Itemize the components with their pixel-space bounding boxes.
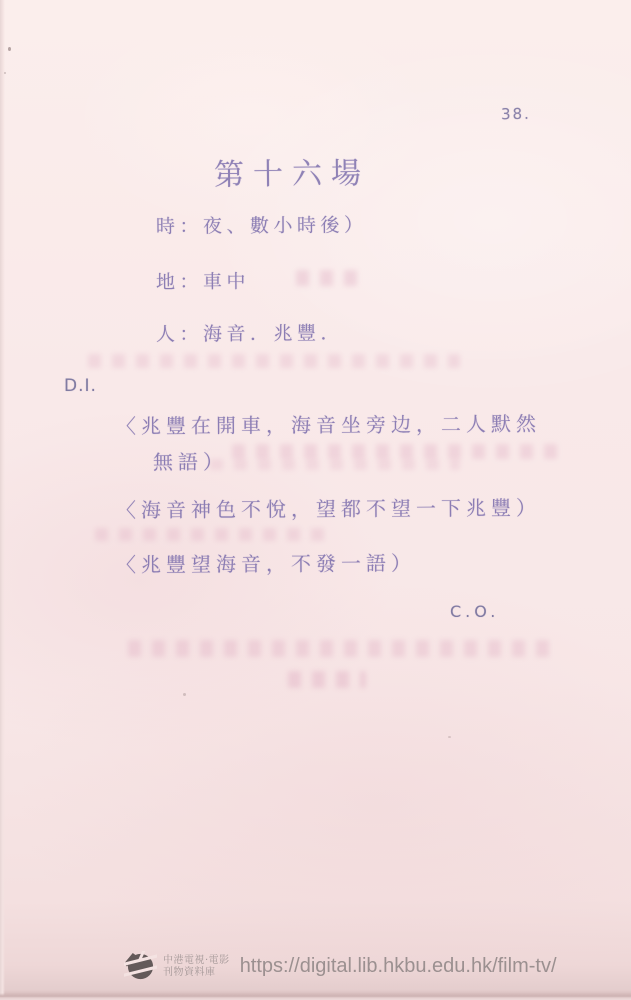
time-line: 時：夜、數小時後）: [156, 210, 368, 238]
dust-speck: [448, 736, 451, 738]
stage-direction-line: 〈海音神色不悅，望都不望一下兆豐）: [116, 492, 541, 524]
watermark-org-line2: 刊物資料庫: [163, 967, 230, 979]
dust-speck: [8, 47, 11, 51]
page-left-edge: [0, 0, 5, 1000]
stage-direction-line: 〈兆豐在開車，海音坐旁边，二人默然: [116, 408, 541, 440]
dust-speck: [183, 693, 186, 696]
watermark-url: https://digital.lib.hkbu.edu.hk/film-tv/: [240, 955, 557, 978]
scene-title: 第十六場: [214, 148, 370, 194]
bleed-through-smudge: [128, 640, 558, 657]
library-watermark: 中港電視·電影 刊物資料庫 https://digital.lib.hkbu.e…: [124, 951, 557, 982]
bleed-through-smudge: [88, 354, 460, 368]
watermark-org-line1: 中港電視·電影: [163, 955, 230, 967]
bleed-through-smudge: [232, 444, 557, 459]
page-bottom-edge: [0, 993, 631, 1000]
bleed-through-smudge: [210, 459, 460, 470]
bleed-through-smudge: [296, 270, 358, 286]
page-number: 38.: [501, 105, 531, 124]
stage-direction-line: 無語）: [153, 446, 228, 475]
bleed-through-smudge: [288, 671, 366, 688]
location-line: 地：車中: [156, 267, 250, 295]
stage-direction-line: 〈兆豐望海音，不發一語）: [116, 547, 416, 578]
watermark-organization: 中港電視·電影 刊物資料庫: [163, 955, 230, 979]
transition-out-label: C.O.: [450, 602, 499, 621]
dust-speck: [4, 72, 6, 74]
bleed-through-smudge: [95, 528, 327, 541]
scanned-script-page: 38. 第十六場 時：夜、數小時後） 地：車中 人：海音．兆豐． D.I. 〈兆…: [0, 0, 631, 1000]
transition-in-label: D.I.: [64, 376, 97, 396]
cast-line: 人：海音．兆豐．: [156, 318, 344, 346]
film-light-logo-icon: [124, 951, 157, 982]
